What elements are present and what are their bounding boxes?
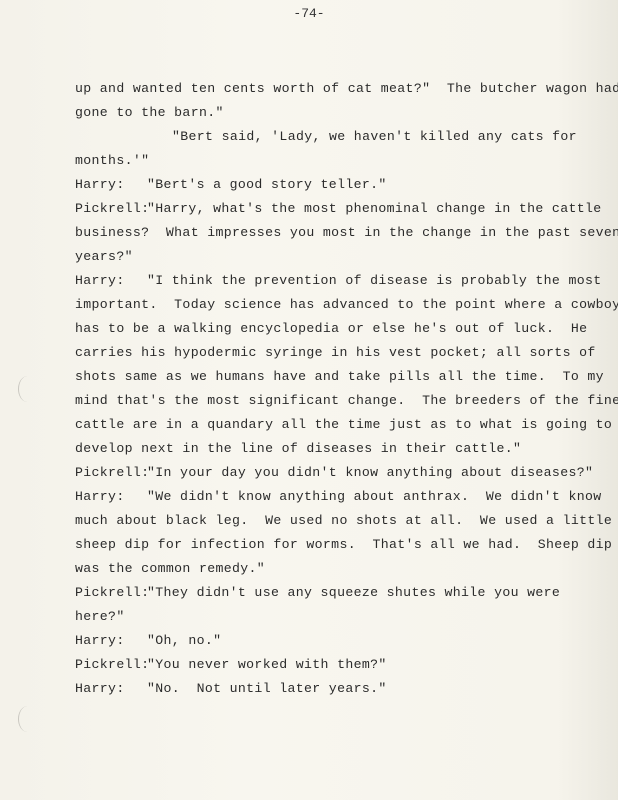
line-text: "Harry, what's the most phenominal chang… [147,201,602,216]
line-text: develop next in the line of diseases in … [75,441,521,456]
line-text: "I think the prevention of disease is pr… [147,273,602,288]
transcript-line-speaker: Pickrell:"They didn't use any squeeze sh… [75,586,560,600]
speaker-label: Pickrell: [75,202,147,216]
page-number: -74- [0,6,618,21]
line-text: years?" [75,249,133,264]
speaker-label: Harry: [75,490,147,504]
punch-hole-mark [18,376,37,402]
line-text: shots same as we humans have and take pi… [75,369,604,384]
line-text: was the common remedy." [75,561,265,576]
speaker-label: Harry: [75,274,147,288]
transcript-line: mind that's the most significant change.… [75,394,618,408]
transcript-line-speaker: Harry:"We didn't know anything about ant… [75,490,602,504]
transcript-line-speaker: Harry:"No. Not until later years." [75,682,387,696]
transcript-line: cattle are in a quandary all the time ju… [75,418,612,432]
line-text: "No. Not until later years." [147,681,387,696]
transcript-line: years?" [75,250,133,264]
line-text: here?" [75,609,125,624]
transcript-line: sheep dip for infection for worms. That'… [75,538,612,552]
transcript-line-speaker: Pickrell:"You never worked with them?" [75,658,387,672]
transcript-line: was the common remedy." [75,562,265,576]
transcript-line-speaker: Pickrell:"Harry, what's the most phenomi… [75,202,602,216]
speaker-label: Harry: [75,682,147,696]
line-text: mind that's the most significant change.… [75,393,618,408]
speaker-label: Harry: [75,178,147,192]
line-text: "You never worked with them?" [147,657,387,672]
line-text: "In your day you didn't know anything ab… [147,465,593,480]
line-text: up and wanted ten cents worth of cat mea… [75,81,618,96]
line-text: much about black leg. We used no shots a… [75,513,612,528]
line-text: "Bert's a good story teller." [147,177,387,192]
line-text: has to be a walking encyclopedia or else… [75,321,587,336]
line-text: "They didn't use any squeeze shutes whil… [147,585,560,600]
line-text: important. Today science has advanced to… [75,297,618,312]
line-text: gone to the barn." [75,105,224,120]
transcript-line: months.'" [75,154,149,168]
line-text: cattle are in a quandary all the time ju… [75,417,612,432]
line-text: "Bert said, 'Lady, we haven't killed any… [172,129,577,144]
line-text: months.'" [75,153,149,168]
document-page: -74- up and wanted ten cents worth of ca… [0,0,618,800]
transcript-line-speaker: Harry:"Oh, no." [75,634,221,648]
speaker-label: Harry: [75,634,147,648]
transcript-line: business? What impresses you most in the… [75,226,618,240]
line-text: business? What impresses you most in the… [75,225,618,240]
transcript-line: up and wanted ten cents worth of cat mea… [75,82,618,96]
transcript-line: gone to the barn." [75,106,224,120]
transcript-line: important. Today science has advanced to… [75,298,618,312]
line-text: carries his hypodermic syringe in his ve… [75,345,596,360]
line-text: "We didn't know anything about anthrax. … [147,489,602,504]
transcript-line: much about black leg. We used no shots a… [75,514,612,528]
transcript-line: develop next in the line of diseases in … [75,442,521,456]
speaker-label: Pickrell: [75,466,147,480]
transcript-line: has to be a walking encyclopedia or else… [75,322,587,336]
transcript-line: here?" [75,610,125,624]
transcript-line-speaker: Harry:"Bert's a good story teller." [75,178,387,192]
transcript-line: "Bert said, 'Lady, we haven't killed any… [75,130,577,144]
transcript-line-speaker: Pickrell:"In your day you didn't know an… [75,466,593,480]
line-text: "Oh, no." [147,633,221,648]
transcript-line: carries his hypodermic syringe in his ve… [75,346,596,360]
transcript-line: shots same as we humans have and take pi… [75,370,604,384]
punch-hole-mark [18,706,37,732]
speaker-label: Pickrell: [75,658,147,672]
speaker-label: Pickrell: [75,586,147,600]
transcript-line-speaker: Harry:"I think the prevention of disease… [75,274,602,288]
line-text: sheep dip for infection for worms. That'… [75,537,612,552]
